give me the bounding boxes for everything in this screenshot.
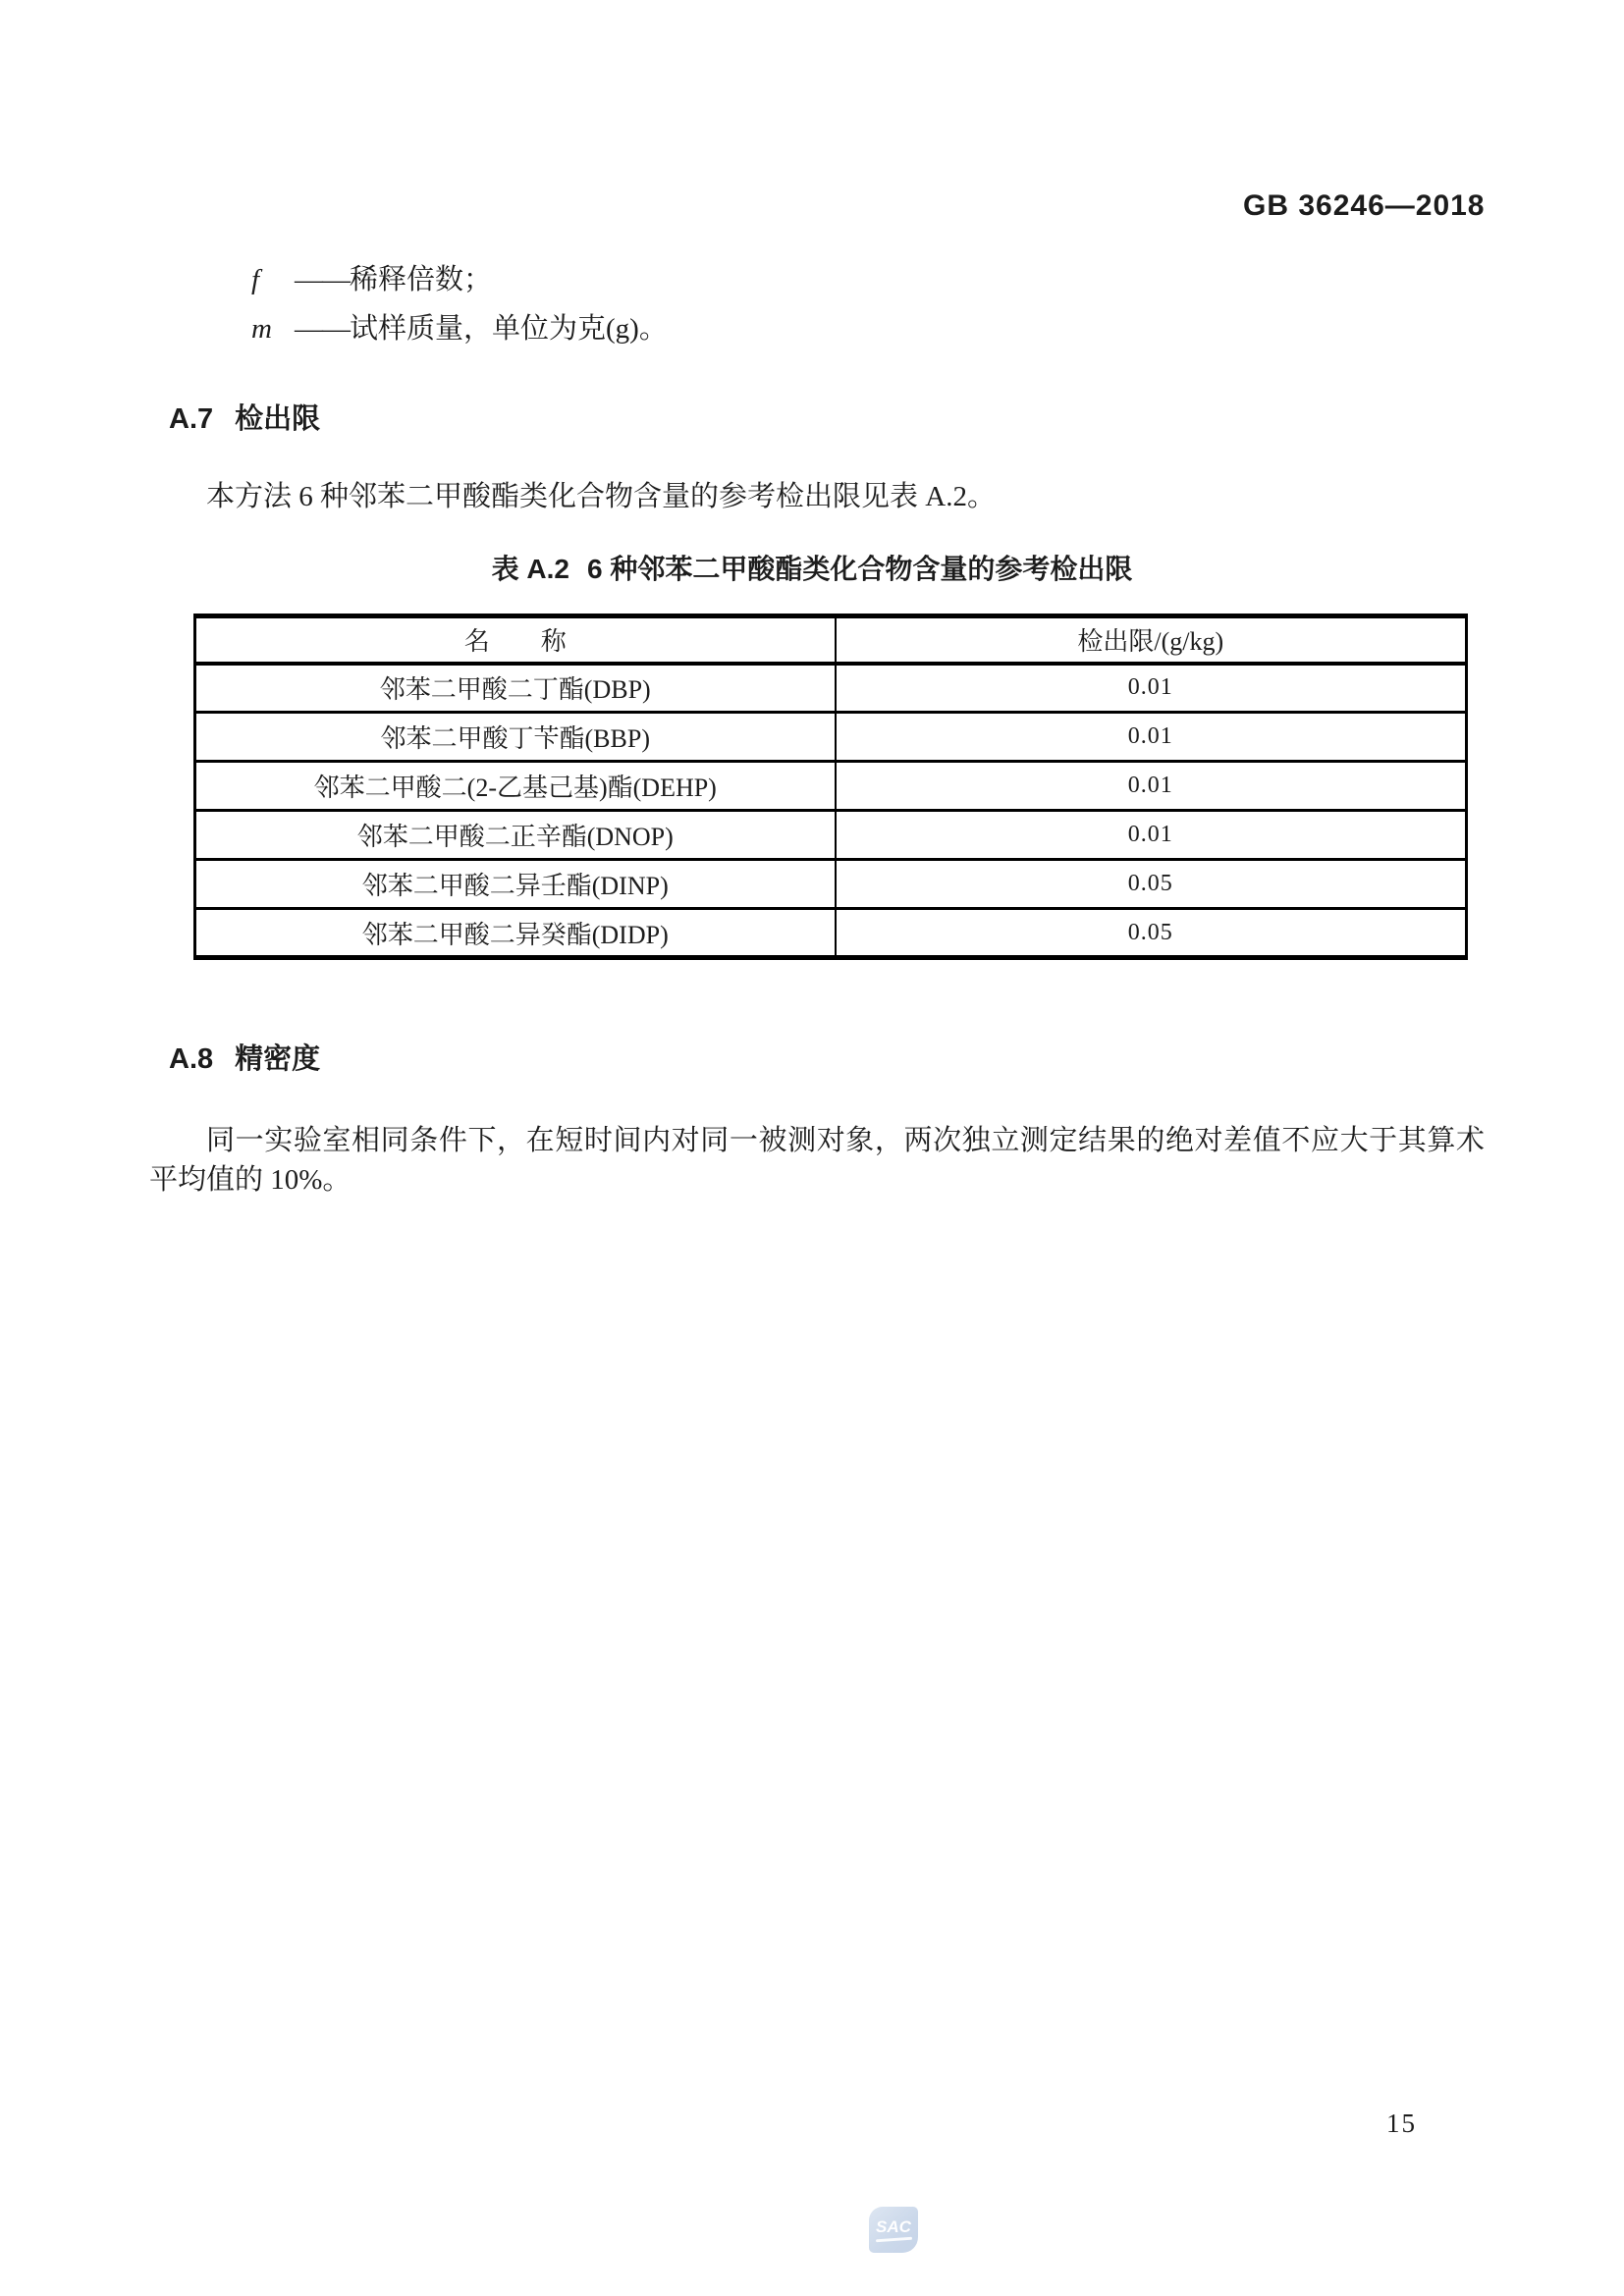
- compound-name: 邻苯二甲酸二异壬酯(DINP): [195, 860, 836, 909]
- paragraph-a7: 本方法 6 种邻苯二甲酸酯类化合物含量的参考检出限见表 A.2。: [149, 477, 1485, 516]
- definition-f-text: 稀释倍数；: [350, 257, 492, 297]
- section-number: A.8: [169, 1043, 213, 1075]
- detection-limit-value: 0.01: [836, 762, 1467, 811]
- compound-name: 邻苯二甲酸二(2-乙基己基)酯(DEHP): [195, 762, 836, 811]
- document-page: GB 36246—2018 f —— 稀释倍数； m —— 试样质量，单位为克(…: [0, 0, 1624, 2296]
- table-row: 邻苯二甲酸二异癸酯(DIDP) 0.05: [195, 909, 1467, 958]
- section-title: 精密度: [235, 1043, 320, 1075]
- compound-name: 邻苯二甲酸二丁酯(DBP): [195, 664, 836, 713]
- table-row: 邻苯二甲酸二(2-乙基己基)酯(DEHP) 0.01: [195, 762, 1467, 811]
- symbol-definitions: f —— 稀释倍数； m —— 试样质量，单位为克(g)。: [251, 257, 668, 355]
- table-header-row: 名 称 检出限/(g/kg): [195, 616, 1467, 664]
- symbol-f: f: [251, 264, 295, 296]
- table-row: 邻苯二甲酸丁苄酯(BBP) 0.01: [195, 713, 1467, 762]
- section-title: 检出限: [235, 403, 320, 435]
- column-header-name: 名 称: [195, 616, 836, 664]
- detection-limit-value: 0.05: [836, 909, 1467, 958]
- table-row: 邻苯二甲酸二丁酯(DBP) 0.01: [195, 664, 1467, 713]
- sac-watermark-logo: SAC: [869, 2207, 918, 2253]
- table-caption-title: 6 种邻苯二甲酸酯类化合物含量的参考检出限: [587, 554, 1132, 584]
- section-number: A.7: [169, 403, 213, 435]
- compound-name: 邻苯二甲酸二正辛酯(DNOP): [195, 811, 836, 860]
- definition-dash: ——: [295, 264, 350, 296]
- page-number: 15: [1386, 2109, 1417, 2139]
- table-row: 邻苯二甲酸二异壬酯(DINP) 0.05: [195, 860, 1467, 909]
- detection-limit-table: 名 称 检出限/(g/kg) 邻苯二甲酸二丁酯(DBP) 0.01 邻苯二甲酸丁…: [193, 614, 1468, 960]
- paragraph-a8: 同一实验室相同条件下，在短时间内对同一被测对象，两次独立测定结果的绝对差值不应大…: [149, 1121, 1485, 1200]
- sac-logo-text: SAC: [876, 2217, 911, 2237]
- standard-number-header: GB 36246—2018: [1243, 189, 1486, 223]
- table-caption-label: 表 A.2: [492, 554, 569, 584]
- detection-limit-value: 0.01: [836, 664, 1467, 713]
- table-a2-caption: 表 A.26 种邻苯二甲酸酯类化合物含量的参考检出限: [0, 548, 1624, 587]
- table-row: 邻苯二甲酸二正辛酯(DNOP) 0.01: [195, 811, 1467, 860]
- definition-m-text: 试样质量，单位为克(g)。: [350, 306, 668, 347]
- definition-f: f —— 稀释倍数；: [251, 257, 668, 306]
- definition-dash: ——: [295, 313, 350, 346]
- column-header-limit: 检出限/(g/kg): [836, 616, 1467, 664]
- compound-name: 邻苯二甲酸二异癸酯(DIDP): [195, 909, 836, 958]
- section-heading-a8: A.8精密度: [169, 1037, 320, 1077]
- detection-limit-value: 0.01: [836, 713, 1467, 762]
- detection-limit-value: 0.01: [836, 811, 1467, 860]
- definition-m: m —— 试样质量，单位为克(g)。: [251, 306, 668, 355]
- section-heading-a7: A.7检出限: [169, 397, 320, 437]
- compound-name: 邻苯二甲酸丁苄酯(BBP): [195, 713, 836, 762]
- symbol-m: m: [251, 313, 295, 346]
- detection-limit-value: 0.05: [836, 860, 1467, 909]
